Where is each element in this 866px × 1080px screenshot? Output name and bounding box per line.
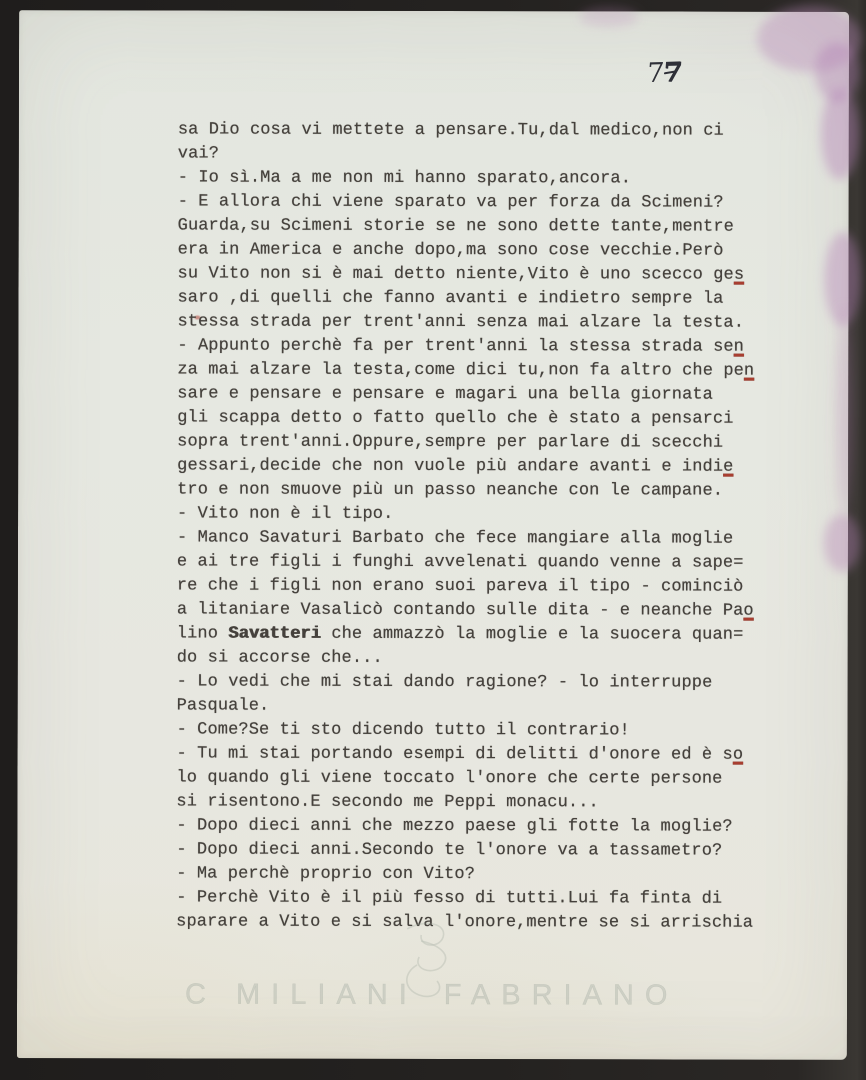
typed-line: - Vito non è il tipo. <box>177 502 797 527</box>
typed-line: - Manco Savaturi Barbato che fece mangia… <box>177 526 797 551</box>
typed-line: lo quando gli viene toccato l'onore che … <box>176 766 796 791</box>
typed-line: Guarda,su Scimeni storie se ne sono dett… <box>178 214 798 239</box>
typed-line: - E allora chi viene sparato va per forz… <box>178 190 798 215</box>
typed-line: - Lo vedi che mi stai dando ragione? - l… <box>177 670 797 695</box>
typed-line: stessa strada per trent'anni senza mai a… <box>177 310 797 335</box>
typed-line: re che i figli non erano suoi pareva il … <box>177 574 797 599</box>
ink-stain <box>757 6 861 72</box>
typed-line: gessari,decide che non vuole più andare … <box>177 454 797 479</box>
typed-line: sare e pensare e pensare e magari una be… <box>177 382 797 407</box>
typed-line: - Come?Se ti sto dicendo tutto il contra… <box>177 718 797 743</box>
typed-line: - Dopo dieci anni che mezzo paese gli fo… <box>176 814 796 839</box>
watermark-text-right: FABRIANO <box>444 979 679 1012</box>
typed-line: - Ma perchè proprio con Vito? <box>176 862 796 887</box>
paper-watermark: C MILIANI FABRIANO <box>185 978 705 1012</box>
ink-stain <box>836 307 852 517</box>
ink-stain <box>824 232 860 326</box>
typed-line: su Vito non si è mai detto niente,Vito è… <box>178 262 798 287</box>
typed-line: - Dopo dieci anni.Secondo te l'onore va … <box>176 838 796 863</box>
manuscript-page: 77 sa Dio cosa vi mettete a pensare.Tu,d… <box>17 10 849 1060</box>
page-number: 77 <box>646 59 686 87</box>
typed-line: era in America e anche dopo,ma sono cose… <box>178 238 798 263</box>
typed-line: sopra trent'anni.Oppure,sempre per parla… <box>177 430 797 455</box>
typed-line: - Perchè Vito è il più fesso di tutti.Lu… <box>176 886 796 911</box>
typed-line: saro ,di quelli che fanno avanti e indie… <box>177 286 797 311</box>
ink-stain <box>579 7 639 27</box>
typed-line: gli scappa detto o fatto quello che è st… <box>177 406 797 431</box>
typed-line: za mai alzare la testa,come dici tu,non … <box>177 358 797 383</box>
typed-line: - Io sì.Ma a me non mi hanno sparato,anc… <box>178 166 798 191</box>
typed-line: sa Dio cosa vi mettete a pensare.Tu,dal … <box>178 118 798 143</box>
ink-stain <box>821 88 859 180</box>
ink-stain <box>815 42 859 102</box>
typed-line: - Tu mi stai portando esempi di delitti … <box>177 742 797 767</box>
typed-text: sa Dio cosa vi mettete a pensare.Tu,dal … <box>176 118 798 935</box>
typed-line: lino Savatteri che ammazzò la moglie e l… <box>177 622 797 647</box>
typed-line: tro e non smuove più un passo neanche co… <box>177 478 797 503</box>
typed-line: e ai tre figli i funghi avvelenati quand… <box>177 550 797 575</box>
watermark-text-left: C MILIANI <box>185 978 418 1011</box>
typed-line: a litaniare Vasalicò contando sulle dita… <box>177 598 797 623</box>
typed-line: vai? <box>178 142 798 167</box>
typed-line: do si accorse che... <box>177 646 797 671</box>
typed-line: si risentono.E secondo me Peppi monacu..… <box>176 790 796 815</box>
ink-stain <box>824 514 860 572</box>
typed-line: Pasquale. <box>177 694 797 719</box>
typed-line: - Appunto perchè fa per trent'anni la st… <box>177 334 797 359</box>
